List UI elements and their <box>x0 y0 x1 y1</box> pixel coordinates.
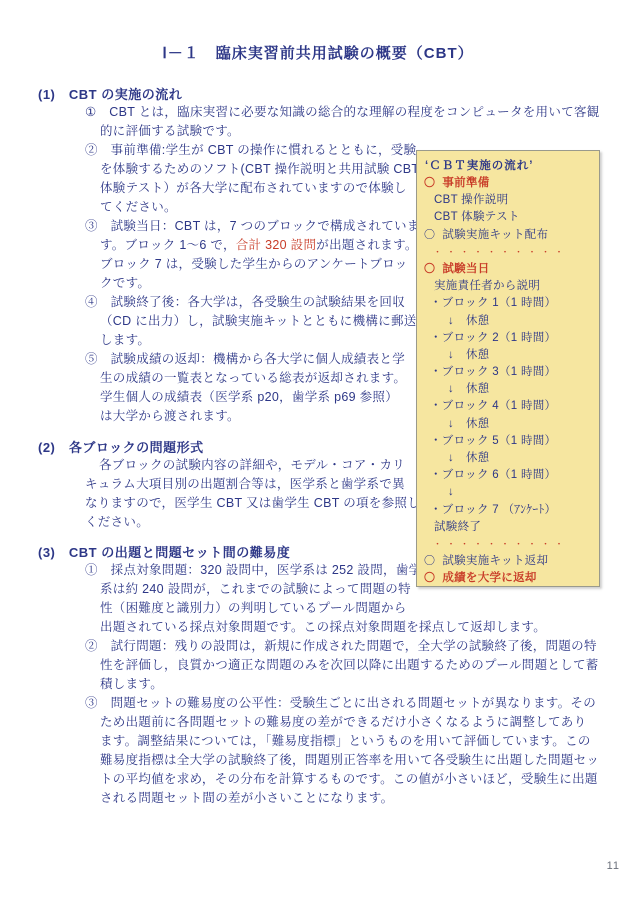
flow-step-label: 試験当日 <box>442 263 489 275</box>
text-line: される問題セット間の差が小さいことになります。 <box>85 789 599 808</box>
section-1-item-2: ② 事前準備:学生が CBT の操作に慣れるとともに，受験 を体験するためのソフ… <box>85 141 419 217</box>
step-circle-icon: 〇 <box>424 175 435 192</box>
flow-step-label: ・ブロック 1（1 時間） <box>430 297 556 309</box>
flow-step: ・ブロック 6（1 時間） <box>417 467 599 484</box>
flow-box-title: ‘ＣＢＴ実施の流れ’ <box>417 157 599 175</box>
flow-step: 〇試験当日 <box>417 261 599 278</box>
text-line: ② 事前準備:学生が CBT の操作に慣れるとともに，受験 <box>85 141 419 160</box>
text-line: ブロック 7 は，受験した学生からのアンケートブロッ <box>85 255 420 274</box>
flow-step: CBT 操作説明 <box>417 192 599 209</box>
flow-step-label: 成績を大学に返却 <box>442 572 536 584</box>
text-segment: す。ブロック 1～6 で， <box>100 238 236 252</box>
flow-step-label: CBT 操作説明 <box>434 194 508 206</box>
section-2-paragraph: 各ブロックの試験内容の詳細や，モデル・コア・カリ キュラム大項目別の出題割合等は… <box>85 456 433 532</box>
flow-step: 実施責任者から説明 <box>417 278 599 295</box>
text-line: 的に評価する試験です。 <box>85 122 600 141</box>
text-line: は大学から渡されます。 <box>85 407 406 426</box>
down-arrow-icon flow-step-label: ↓ 休憩 <box>448 418 489 430</box>
section-1-item-1: ① CBT とは，臨床実習に必要な知識の総合的な理解の程度をコンピュータを用いて… <box>85 103 600 141</box>
text-line: ④ 試験終了後：各大学は，各受験生の試験結果を回収 <box>85 293 417 312</box>
down-arrow-icon flow-step-label: ↓ 休憩 <box>448 383 489 395</box>
flow-step: 〇試験実施キット返却 <box>417 553 599 570</box>
text-line: ます。調整結果については，「難易度指標」というものを用いて評価しています。この <box>85 732 599 751</box>
flow-step-label: 実施責任者から説明 <box>434 280 540 292</box>
flow-step: ↓ 休憩 <box>417 450 599 467</box>
text-line: 生の成績の一覧表となっている総表が返却されます。 <box>85 369 406 388</box>
text-line: 出題されている採点対象問題です。この採点対象問題を採点して返却します。 <box>85 618 546 637</box>
text-line: 学生個人の成績表（医学系 p20，歯学系 p69 参照） <box>85 388 406 407</box>
section-1-heading: (1) CBT の実施の流れ <box>38 84 182 103</box>
step-circle-icon: 〇 <box>424 227 435 244</box>
text-line: 各ブロックの試験内容の詳細や，モデル・コア・カリ <box>85 456 433 475</box>
text-line: 性（困難度と識別力）の判明しているプール問題から <box>85 599 546 618</box>
text-line: キュラム大項目別の出題割合等は，医学系と歯学系で異 <box>85 475 433 494</box>
flow-step-label: ・ブロック 5（1 時間） <box>430 435 556 447</box>
flow-step-label: ・ブロック 2（1 時間） <box>430 332 556 344</box>
flow-step-label: ・ブロック 7 （ｱﾝｹｰﾄ） <box>430 504 556 516</box>
flow-step: 〇試験実施キット配布 <box>417 227 599 244</box>
text-line: を体験するためのソフト(CBT 操作説明と共用試験 CBT <box>85 160 419 179</box>
cbt-flow-box: ‘ＣＢＴ実施の流れ’ 〇事前準備 CBT 操作説明 CBT 体験テスト 〇試験実… <box>416 150 600 587</box>
flow-step: 〇事前準備 <box>417 175 599 192</box>
flow-step: ↓ 休憩 <box>417 313 599 330</box>
section-1-item-4: ④ 試験終了後：各大学は，各受験生の試験結果を回収 （CD に出力）し，試験実施… <box>85 293 417 350</box>
flow-step: ・ブロック 2（1 時間） <box>417 330 599 347</box>
text-line: なりますので，医学生 CBT 又は歯学生 CBT の項を参照して <box>85 494 433 513</box>
flow-step: ・ブロック 4（1 時間） <box>417 398 599 415</box>
section-1-item-5: ⑤ 試験成績の返却：機構から各大学に個人成績表と学 生の成績の一覧表となっている… <box>85 350 406 426</box>
highlighted-total-questions: 合計 320 設問 <box>236 238 317 252</box>
step-circle-icon: 〇 <box>424 553 435 570</box>
flow-step-label: ・ブロック 4（1 時間） <box>430 400 556 412</box>
flow-step-label: ・ブロック 6（1 時間） <box>430 469 556 481</box>
flow-step: ・ブロック 5（1 時間） <box>417 433 599 450</box>
flow-step: ・ブロック 1（1 時間） <box>417 295 599 312</box>
text-line: ください。 <box>85 513 433 532</box>
flow-step-label: ・ブロック 3（1 時間） <box>430 366 556 378</box>
text-line: （CD に出力）し，試験実施キットとともに機構に郵送 <box>85 312 417 331</box>
section-3-heading: (3) CBT の出題と問題セット間の難易度 <box>38 542 290 561</box>
flow-step: ↓ 休憩 <box>417 381 599 398</box>
flow-step: 試験終了 <box>417 519 599 536</box>
flow-step-label: CBT 体験テスト <box>434 211 520 223</box>
page-number: 11 <box>607 860 620 872</box>
text-line: ③ 問題セットの難易度の公平性：受験生ごとに出される問題セットが異なります。その <box>85 694 599 713</box>
step-circle-icon: 〇 <box>424 261 435 278</box>
dotted-separator: ・・・・・・・・・・ <box>417 244 599 261</box>
flow-step: CBT 体験テスト <box>417 209 599 226</box>
text-line: ③ 試験当日：CBT は，7 つのブロックで構成されていま <box>85 217 420 236</box>
flow-step: ・ブロック 7 （ｱﾝｹｰﾄ） <box>417 502 599 519</box>
text-line: ① CBT とは，臨床実習に必要な知識の総合的な理解の程度をコンピュータを用いて… <box>85 103 600 122</box>
down-arrow-icon flow-step-label: ↓ 休憩 <box>448 349 489 361</box>
text-line: します。 <box>85 331 417 350</box>
flow-step-label: 試験実施キット配布 <box>442 229 548 241</box>
text-segment: が出題されます。 <box>316 238 417 252</box>
section-1-item-3: ③ 試験当日：CBT は，7 つのブロックで構成されていま す。ブロック 1～6… <box>85 217 420 293</box>
text-line: 難易度指標は全大学の試験終了後，問題別正答率を用いて各受験生に出題した問題セッ <box>85 751 599 770</box>
text-line: クです。 <box>85 274 420 293</box>
flow-step-label: 事前準備 <box>442 177 489 189</box>
text-line: てください。 <box>85 198 419 217</box>
flow-step: 〇成績を大学に返却 <box>417 570 599 587</box>
dotted-separator: ・・・・・・・・・・ <box>417 536 599 553</box>
section-3-item-2: ② 試行問題：残りの設問は，新規に作成された問題で，全大学の試験終了後，問題の特… <box>85 637 599 694</box>
text-line: す。ブロック 1～6 で，合計 320 設問が出題されます。 <box>85 236 420 255</box>
flow-step-label: 試験終了 <box>434 521 481 533</box>
text-line: 積します。 <box>85 675 599 694</box>
flow-step-label: 試験実施キット返却 <box>442 555 548 567</box>
down-arrow-icon flow-step-label: ↓ <box>448 486 454 498</box>
text-line: 性を評価し，良質かつ適正な問題のみを次回以降に出題するためのプール問題として蓄 <box>85 656 599 675</box>
flow-step: ↓ 休憩 <box>417 347 599 364</box>
step-circle-icon: 〇 <box>424 570 435 587</box>
text-line: ② 試行問題：残りの設問は，新規に作成された問題で，全大学の試験終了後，問題の特 <box>85 637 599 656</box>
down-arrow-icon flow-step-label: ↓ 休憩 <box>448 315 489 327</box>
text-line: トの平均値を求め，その分布を計算するものです。この値が小さいほど，受験生に出題 <box>85 770 599 789</box>
section-3-item-3: ③ 問題セットの難易度の公平性：受験生ごとに出される問題セットが異なります。その… <box>85 694 599 808</box>
page-title: Ⅰ－１ 臨床実習前共用試験の概要（CBT） <box>0 42 636 63</box>
section-2-heading: (2) 各ブロックの問題形式 <box>38 437 204 456</box>
text-line: 体験テスト）が各大学に配布されていますので体験し <box>85 179 419 198</box>
flow-step: ・ブロック 3（1 時間） <box>417 364 599 381</box>
text-line: ⑤ 試験成績の返却：機構から各大学に個人成績表と学 <box>85 350 406 369</box>
flow-step: ↓ <box>417 484 599 501</box>
flow-step: ↓ 休憩 <box>417 416 599 433</box>
document-page: Ⅰ－１ 臨床実習前共用試験の概要（CBT） (1) CBT の実施の流れ ① C… <box>0 0 636 900</box>
down-arrow-icon flow-step-label: ↓ 休憩 <box>448 452 489 464</box>
text-line: ため出題前に各問題セットの難易度の差ができるだけ小さくなるように調整してあり <box>85 713 599 732</box>
